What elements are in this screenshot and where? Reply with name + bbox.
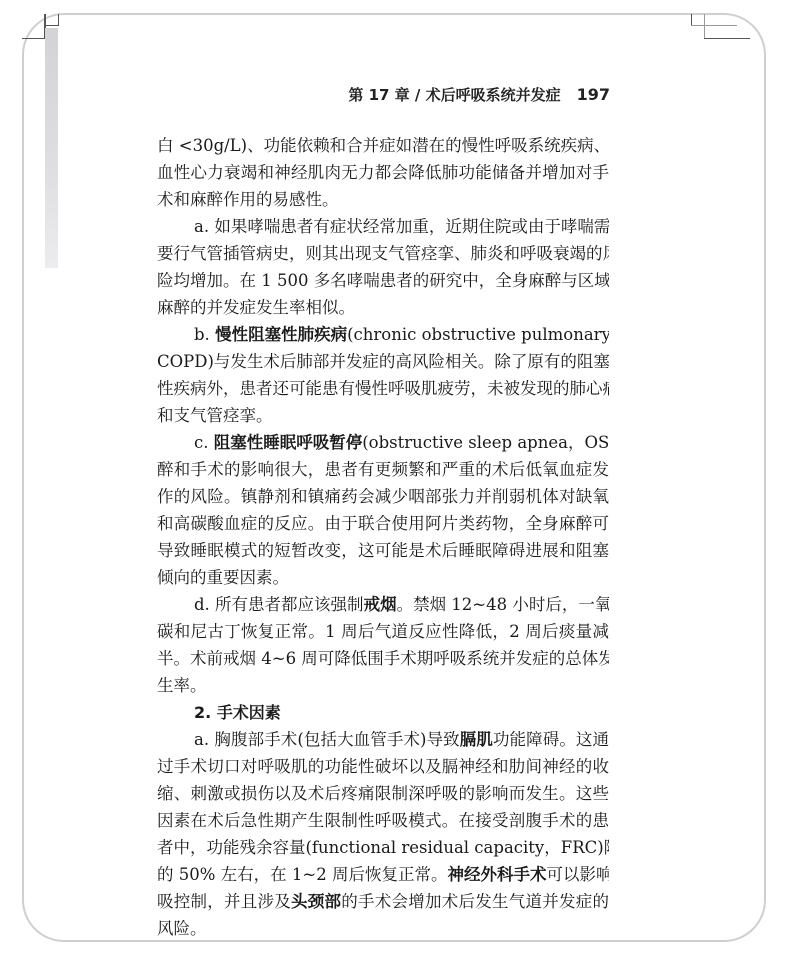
text-segment: 因素在术后急性期产生限制性呼吸模式。在接受剖腹手术的患 <box>157 811 609 830</box>
crop-mark-top-right-v2 <box>704 14 705 39</box>
text-segment: 的 50% 左右，在 1~2 周后恢复正常。 <box>157 865 447 884</box>
text-segment: d. 所有患者都应该强制 <box>194 595 364 614</box>
bold-term: 膈肌 <box>460 730 493 749</box>
crop-mark-top-left-h2 <box>22 38 45 39</box>
crop-mark-top-left-v3 <box>58 14 59 26</box>
text-segment: 者中，功能残余容量(functional residual capacity，F… <box>157 838 609 857</box>
text-segment: a. 如果哮喘患者有症状经常加重，近期住院或由于哮喘需 <box>194 217 609 236</box>
text-line: 吸控制，并且涉及头颈部的手术会增加术后发生气道并发症的 <box>157 888 609 915</box>
text-line: 因素在术后急性期产生限制性呼吸模式。在接受剖腹手术的患 <box>157 807 609 834</box>
text-line: 倾向的重要因素。 <box>157 564 609 591</box>
text-segment: 过手术切口对呼吸肌的功能性破坏以及膈神经和肋间神经的收 <box>157 757 609 776</box>
text-segment: 作的风险。镇静剂和镇痛药会减少咽部张力并削弱机体对缺氧 <box>157 487 609 506</box>
text-segment: 2. 手术因素 <box>194 703 281 722</box>
text-segment: 术和麻醉作用的易感性。 <box>157 190 339 209</box>
text-line: 者中，功能残余容量(functional residual capacity，F… <box>157 834 609 861</box>
text-segment: 血性心力衰竭和神经肌肉无力都会降低肺功能储备并增加对手 <box>157 163 609 182</box>
text-segment: 缩、刺激或损伤以及术后疼痛限制深呼吸的影响而发生。这些 <box>157 784 609 803</box>
text-segment: 可以影响呼 <box>546 865 609 884</box>
text-line: 醉和手术的影响很大，患者有更频繁和严重的术后低氧血症发 <box>157 456 609 483</box>
page-number: 197 <box>577 85 610 104</box>
running-header: 第 17 章 / 术后呼吸系统并发症197 <box>300 84 610 108</box>
text-line: 碳和尼古丁恢复正常。1 周后气道反应性降低，2 周后痰量减 <box>157 618 609 645</box>
bold-term: 慢性阻塞性肺疾病 <box>215 325 347 344</box>
text-segment: (chronic obstructive pulmonary disease, <box>347 325 609 344</box>
text-segment: 白 <30g/L)、功能依赖和合并症如潜在的慢性呼吸系统疾病、充 <box>157 136 609 155</box>
text-segment: (obstructive sleep apnea，OSA)受麻 <box>362 433 609 452</box>
text-segment: 麻醉的并发症发生率相似。 <box>157 298 355 317</box>
text-segment: 要行气管插管病史，则其出现支气管痉挛、肺炎和呼吸衰竭的风 <box>157 244 609 263</box>
text-line: 和高碳酸血症的反应。由于联合使用阿片类药物，全身麻醉可 <box>157 510 609 537</box>
crop-mark-top-left-v2 <box>44 14 45 39</box>
text-line: 风险。 <box>157 915 609 942</box>
section-heading: 2. 手术因素 <box>157 699 609 726</box>
text-line: a. 胸腹部手术(包括大血管手术)导致膈肌功能障碍。这通 <box>157 726 609 753</box>
text-segment: 半。术前戒烟 4~6 周可降低围手术期呼吸系统并发症的总体发 <box>157 649 609 668</box>
bold-term: 神经外科手术 <box>447 865 546 884</box>
chapter-title: 第 17 章 / 术后呼吸系统并发症 <box>348 86 560 104</box>
text-line: 和支气管痉挛。 <box>157 402 609 429</box>
body-text: 白 <30g/L)、功能依赖和合并症如潜在的慢性呼吸系统疾病、充血性心力衰竭和神… <box>157 132 609 942</box>
text-line: b. 慢性阻塞性肺疾病(chronic obstructive pulmonar… <box>157 321 609 348</box>
crop-mark-top-right-h2 <box>704 38 750 39</box>
bold-term: 戒烟 <box>364 595 397 614</box>
text-line: 术和麻醉作用的易感性。 <box>157 186 609 213</box>
text-segment: 生率。 <box>157 676 207 695</box>
text-segment: 导致睡眠模式的短暂改变，这可能是术后睡眠障碍进展和阻塞 <box>157 541 609 560</box>
crop-mark-top-right-h1 <box>691 25 737 26</box>
text-line: 生率。 <box>157 672 609 699</box>
crop-mark-top-left-h3 <box>44 25 58 26</box>
text-line: 过手术切口对呼吸肌的功能性破坏以及膈神经和肋间神经的收 <box>157 753 609 780</box>
text-segment: a. 胸腹部手术(包括大血管手术)导致 <box>194 730 460 749</box>
text-segment: 倾向的重要因素。 <box>157 568 289 587</box>
side-tab-bar <box>45 28 58 268</box>
text-line: 缩、刺激或损伤以及术后疼痛限制深呼吸的影响而发生。这些 <box>157 780 609 807</box>
text-line: 半。术前戒烟 4~6 周可降低围手术期呼吸系统并发症的总体发 <box>157 645 609 672</box>
text-line: d. 所有患者都应该强制戒烟。禁烟 12~48 小时后，一氧化 <box>157 591 609 618</box>
text-segment: c. <box>194 433 214 452</box>
text-line: 血性心力衰竭和神经肌肉无力都会降低肺功能储备并增加对手 <box>157 159 609 186</box>
text-line: 要行气管插管病史，则其出现支气管痉挛、肺炎和呼吸衰竭的风 <box>157 240 609 267</box>
text-segment: 吸控制，并且涉及 <box>157 892 291 911</box>
text-line: c. 阻塞性睡眠呼吸暂停(obstructive sleep apnea，OSA… <box>157 429 609 456</box>
text-line: 麻醉的并发症发生率相似。 <box>157 294 609 321</box>
bold-term: 阻塞性睡眠呼吸暂停 <box>214 433 363 452</box>
text-line: 险均增加。在 1 500 多名哮喘患者的研究中，全身麻醉与区域 <box>157 267 609 294</box>
text-segment: 险均增加。在 1 500 多名哮喘患者的研究中，全身麻醉与区域 <box>157 271 609 290</box>
text-segment: 性疾病外，患者还可能患有慢性呼吸肌疲劳，未被发现的肺心病 <box>157 379 609 398</box>
text-line: 白 <30g/L)、功能依赖和合并症如潜在的慢性呼吸系统疾病、充 <box>157 132 609 159</box>
bold-term: 头颈部 <box>291 892 341 911</box>
text-segment: b. <box>194 325 215 344</box>
text-segment: 的手术会增加术后发生气道并发症的 <box>341 892 609 911</box>
text-line: COPD)与发生术后肺部并发症的高风险相关。除了原有的阻塞 <box>157 348 609 375</box>
text-segment: 风险。 <box>157 919 207 938</box>
text-segment: 醉和手术的影响很大，患者有更频繁和严重的术后低氧血症发 <box>157 460 609 479</box>
text-segment: 和支气管痉挛。 <box>157 406 273 425</box>
text-segment: 功能障碍。这通 <box>493 730 609 749</box>
text-segment: 碳和尼古丁恢复正常。1 周后气道反应性降低，2 周后痰量减 <box>157 622 609 641</box>
text-line: 的 50% 左右，在 1~2 周后恢复正常。神经外科手术可以影响呼 <box>157 861 609 888</box>
text-line: a. 如果哮喘患者有症状经常加重，近期住院或由于哮喘需 <box>157 213 609 240</box>
text-line: 作的风险。镇静剂和镇痛药会减少咽部张力并削弱机体对缺氧 <box>157 483 609 510</box>
text-segment: COPD)与发生术后肺部并发症的高风险相关。除了原有的阻塞 <box>157 352 609 371</box>
text-segment: 。禁烟 12~48 小时后，一氧化 <box>397 595 609 614</box>
text-segment: 和高碳酸血症的反应。由于联合使用阿片类药物，全身麻醉可 <box>157 514 609 533</box>
text-line: 导致睡眠模式的短暂改变，这可能是术后睡眠障碍进展和阻塞 <box>157 537 609 564</box>
text-line: 性疾病外，患者还可能患有慢性呼吸肌疲劳，未被发现的肺心病 <box>157 375 609 402</box>
